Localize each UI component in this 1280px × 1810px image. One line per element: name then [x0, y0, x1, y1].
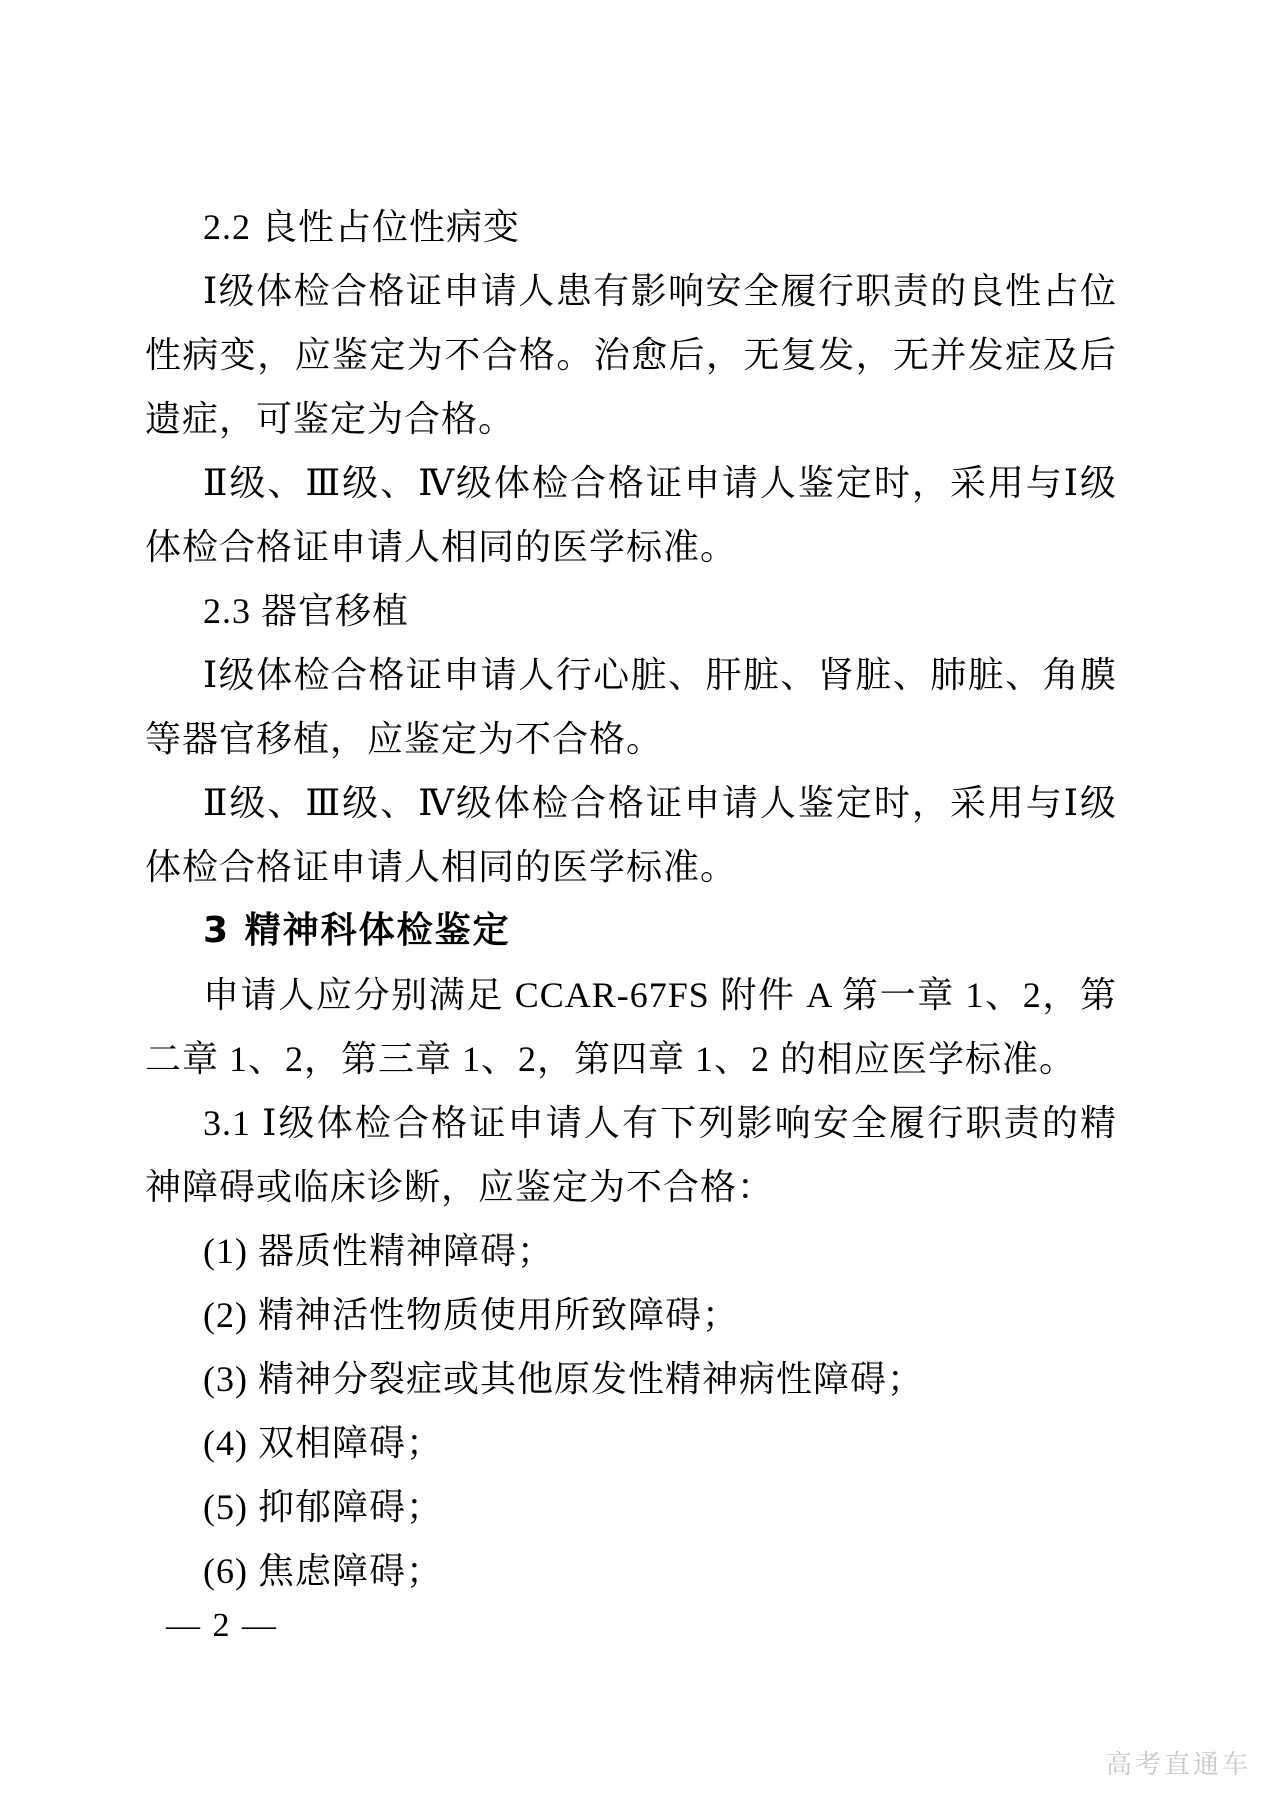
para-class1-psychiatric-intro: 3.1 Ⅰ级体检合格证申请人有下列影响安全履行职责的精神障碍或临床诊断，应鉴定为… — [145, 1091, 1117, 1219]
page-number: — 2 — — [166, 1606, 278, 1646]
list-item-5: (5) 抑郁障碍； — [145, 1475, 1117, 1539]
list-item-1: (1) 器质性精神障碍； — [145, 1219, 1117, 1283]
list-item-3: (3) 精神分裂症或其他原发性精神病性障碍； — [145, 1347, 1117, 1411]
document-page: { "page": { "footer_page_number": "— 2 —… — [0, 0, 1280, 1810]
list-item-2: (2) 精神活性物质使用所致障碍； — [145, 1283, 1117, 1347]
list-item-6: (6) 焦虑障碍； — [145, 1539, 1117, 1603]
para-class234-standard-1: Ⅱ级、Ⅲ级、Ⅳ级体检合格证申请人鉴定时，采用与Ⅰ级体检合格证申请人相同的医学标准… — [145, 451, 1117, 579]
document-body: 2.2 良性占位性病变 Ⅰ级体检合格证申请人患有影响安全履行职责的良性占位性病变… — [145, 195, 1117, 1603]
para-class1-benign-lesions: Ⅰ级体检合格证申请人患有影响安全履行职责的良性占位性病变，应鉴定为不合格。治愈后… — [145, 259, 1117, 451]
watermark: 高考直通车 — [1106, 1750, 1251, 1780]
section-heading-psychiatric: 3 精神科体检鉴定 — [145, 899, 1117, 963]
para-ccar-standards: 申请人应分别满足 CCAR-67FS 附件 A 第一章 1、2，第二章 1、2，… — [145, 963, 1117, 1091]
section-heading-benign-lesions: 2.2 良性占位性病变 — [145, 195, 1117, 259]
para-class234-standard-2: Ⅱ级、Ⅲ级、Ⅳ级体检合格证申请人鉴定时，采用与Ⅰ级体检合格证申请人相同的医学标准… — [145, 771, 1117, 899]
para-class1-organ-transplant: Ⅰ级体检合格证申请人行心脏、肝脏、肾脏、肺脏、角膜等器官移植，应鉴定为不合格。 — [145, 643, 1117, 771]
list-item-4: (4) 双相障碍； — [145, 1411, 1117, 1475]
section-heading-organ-transplant: 2.3 器官移植 — [145, 579, 1117, 643]
